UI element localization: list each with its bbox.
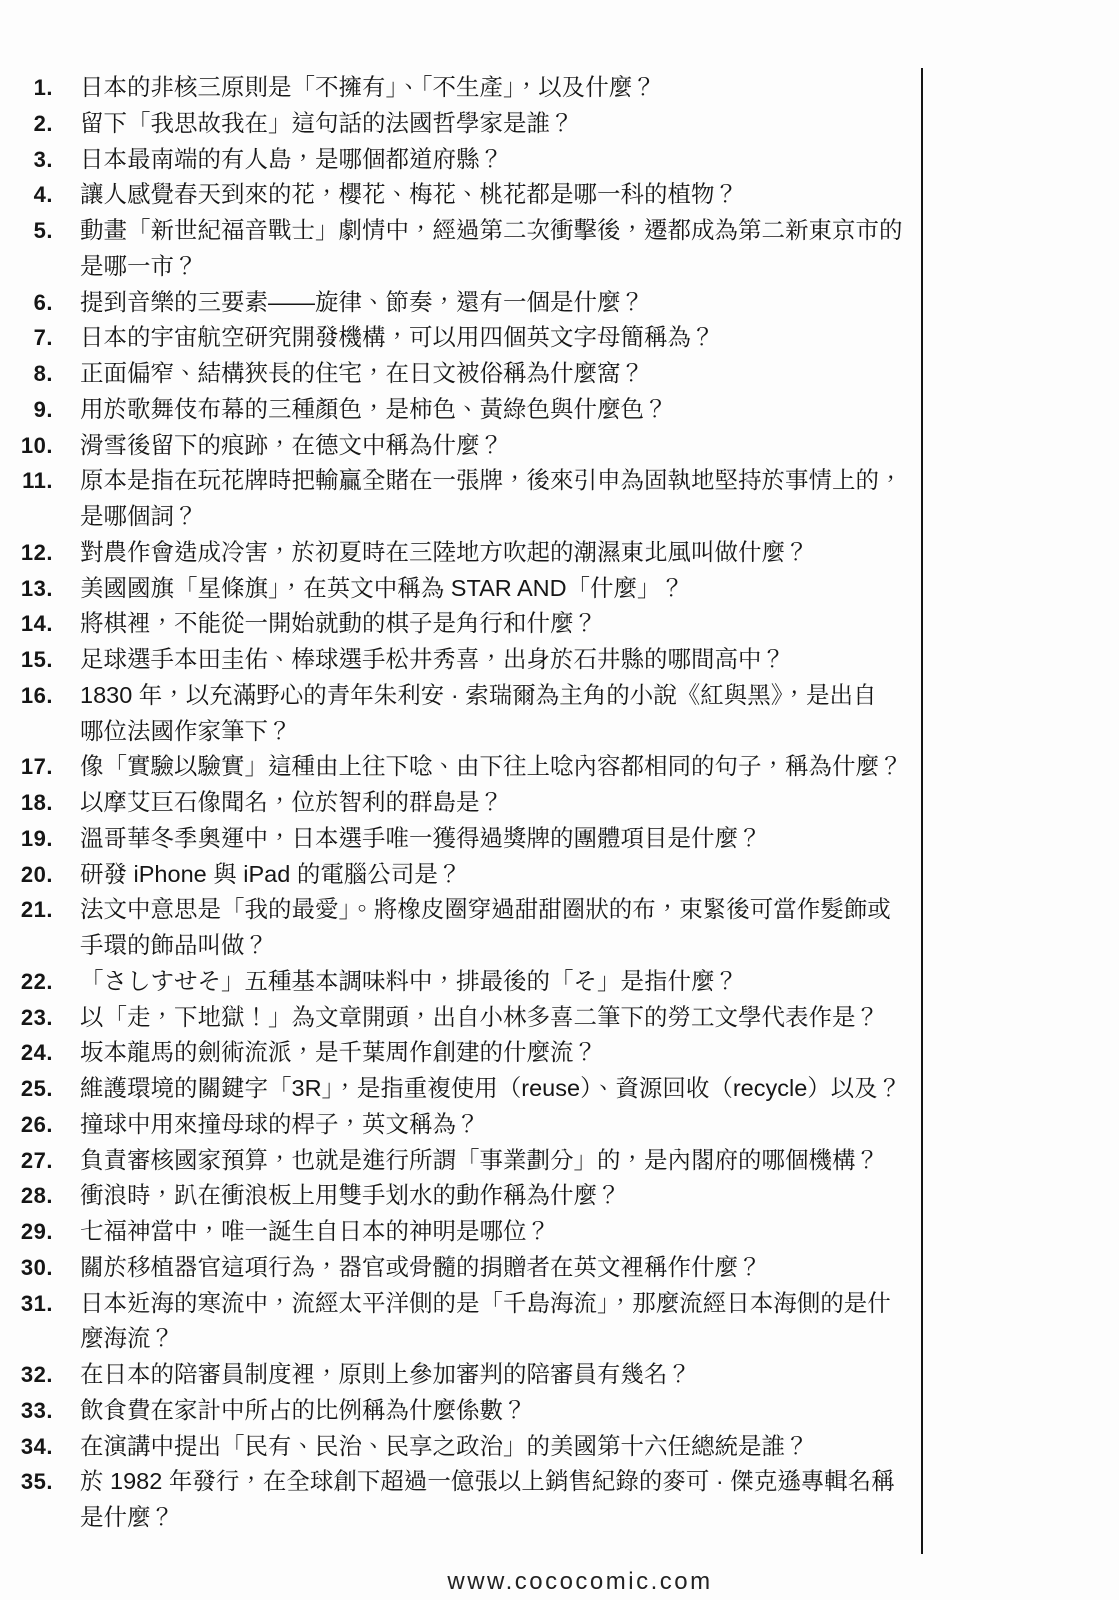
- question-text-line: 留下「我思故我在」這句話的法國哲學家是誰？: [80, 106, 574, 142]
- question-item: 34.在演講中提出「民有、民治、民享之政治」的美國第十六任總統是誰？: [0, 1429, 915, 1465]
- question-text-line: 讓人感覺春天到來的花，櫻花、梅花、桃花都是哪一科的植物？: [80, 177, 738, 213]
- question-text-line: 以「走，下地獄！」為文章開頭，出自小林多喜二筆下的勞工文學代表作是？: [80, 1000, 879, 1036]
- question-number: 26.: [0, 1107, 53, 1143]
- question-text-line: 將棋裡，不能從一開始就動的棋子是角行和什麼？: [80, 606, 597, 642]
- question-item: 4.讓人感覺春天到來的花，櫻花、梅花、桃花都是哪一科的植物？: [0, 177, 915, 213]
- question-number: 31.: [0, 1286, 53, 1322]
- question-text: 留下「我思故我在」這句話的法國哲學家是誰？: [80, 106, 574, 142]
- question-item: 10.滑雪後留下的痕跡，在德文中稱為什麼？: [0, 428, 915, 464]
- question-item: 29.七福神當中，唯一誕生自日本的神明是哪位？: [0, 1214, 915, 1250]
- question-item: 27.負責審核國家預算，也就是進行所謂「事業劃分」的，是內閣府的哪個機構？: [0, 1143, 915, 1179]
- question-text-line: 維護環境的關鍵字「3R」，是指重複使用（reuse）、資源回收（recycle）…: [80, 1071, 901, 1107]
- question-text-line: 研發 iPhone 與 iPad 的電腦公司是？: [80, 857, 461, 893]
- question-text-line: 手環的飾品叫做？: [80, 928, 891, 964]
- question-number: 11.: [0, 463, 53, 499]
- question-number: 13.: [0, 571, 53, 607]
- watermark-url: www.cococomic.com: [0, 1568, 1119, 1596]
- question-text: 像「實驗以驗實」這種由上往下唸、由下往上唸內容都相同的句子，稱為什麼？: [80, 749, 903, 785]
- question-text: 關於移植器官這項行為，器官或骨髓的捐贈者在英文裡稱作什麼？: [80, 1250, 762, 1286]
- question-text-line: 正面偏窄、結構狹長的住宅，在日文被俗稱為什麼窩？: [80, 356, 644, 392]
- question-item: 5.動畫「新世紀福音戰士」劇情中，經過第二次衝擊後，遷都成為第二新東京市的是哪一…: [0, 213, 915, 285]
- question-text: 日本最南端的有人島，是哪個都道府縣？: [80, 142, 503, 178]
- question-text: 提到音樂的三要素——旋律、節奏，還有一個是什麼？: [80, 285, 644, 321]
- question-item: 12.對農作會造成冷害，於初夏時在三陸地方吹起的潮濕東北風叫做什麼？: [0, 535, 915, 571]
- question-item: 13.美國國旗「星條旗」，在英文中稱為 STAR AND「什麼」？: [0, 571, 915, 607]
- question-text: 滑雪後留下的痕跡，在德文中稱為什麼？: [80, 428, 503, 464]
- question-number: 22.: [0, 964, 53, 1000]
- question-item: 8.正面偏窄、結構狹長的住宅，在日文被俗稱為什麼窩？: [0, 356, 915, 392]
- question-number: 35.: [0, 1464, 53, 1500]
- question-item: 7.日本的宇宙航空研究開發機構，可以用四個英文字母簡稱為？: [0, 320, 915, 356]
- question-text-line: 是哪個詞？: [80, 499, 903, 535]
- question-item: 9.用於歌舞伎布幕的三種顏色，是柿色、黃綠色與什麼色？: [0, 392, 915, 428]
- question-text-line: 在演講中提出「民有、民治、民享之政治」的美國第十六任總統是誰？: [80, 1429, 809, 1465]
- question-text-line: 像「實驗以驗實」這種由上往下唸、由下往上唸內容都相同的句子，稱為什麼？: [80, 749, 903, 785]
- question-number: 2.: [0, 106, 53, 142]
- question-text-line: 關於移植器官這項行為，器官或骨髓的捐贈者在英文裡稱作什麼？: [80, 1250, 762, 1286]
- question-text-line: 對農作會造成冷害，於初夏時在三陸地方吹起的潮濕東北風叫做什麼？: [80, 535, 809, 571]
- question-number: 16.: [0, 678, 53, 714]
- question-text-line: 在日本的陪審員制度裡，原則上參加審判的陪審員有幾名？: [80, 1357, 691, 1393]
- question-text: 以「走，下地獄！」為文章開頭，出自小林多喜二筆下的勞工文學代表作是？: [80, 1000, 879, 1036]
- question-number: 21.: [0, 892, 53, 928]
- question-text-line: 日本的宇宙航空研究開發機構，可以用四個英文字母簡稱為？: [80, 320, 715, 356]
- question-text: 1830 年，以充滿野心的青年朱利安 · 索瑞爾為主角的小說《紅與黑》，是出自哪…: [80, 678, 876, 750]
- question-number: 4.: [0, 177, 53, 213]
- question-number: 5.: [0, 213, 53, 249]
- question-text-line: 動畫「新世紀福音戰士」劇情中，經過第二次衝擊後，遷都成為第二新東京市的: [80, 213, 903, 249]
- question-text-line: 滑雪後留下的痕跡，在德文中稱為什麼？: [80, 428, 503, 464]
- question-text-line: 七福神當中，唯一誕生自日本的神明是哪位？: [80, 1214, 550, 1250]
- question-text: 「さしすせそ」五種基本調味料中，排最後的「そ」是指什麼？: [80, 964, 738, 1000]
- question-text-line: 哪位法國作家筆下？: [80, 714, 876, 750]
- question-list: 1.日本的非核三原則是「不擁有」、「不生產」，以及什麼？2.留下「我思故我在」這…: [0, 70, 915, 1536]
- question-text: 對農作會造成冷害，於初夏時在三陸地方吹起的潮濕東北風叫做什麼？: [80, 535, 809, 571]
- question-number: 27.: [0, 1143, 53, 1179]
- question-number: 14.: [0, 606, 53, 642]
- question-text-line: 坂本龍馬的劍術流派，是千葉周作創建的什麼流？: [80, 1035, 597, 1071]
- question-text: 在演講中提出「民有、民治、民享之政治」的美國第十六任總統是誰？: [80, 1429, 809, 1465]
- question-item: 22.「さしすせそ」五種基本調味料中，排最後的「そ」是指什麼？: [0, 964, 915, 1000]
- question-number: 34.: [0, 1429, 53, 1465]
- question-item: 17.像「實驗以驗實」這種由上往下唸、由下往上唸內容都相同的句子，稱為什麼？: [0, 749, 915, 785]
- question-number: 32.: [0, 1357, 53, 1393]
- question-number: 10.: [0, 428, 53, 464]
- question-text: 日本的宇宙航空研究開發機構，可以用四個英文字母簡稱為？: [80, 320, 715, 356]
- question-item: 30.關於移植器官這項行為，器官或骨髓的捐贈者在英文裡稱作什麼？: [0, 1250, 915, 1286]
- question-text-line: 日本最南端的有人島，是哪個都道府縣？: [80, 142, 503, 178]
- question-item: 24.坂本龍馬的劍術流派，是千葉周作創建的什麼流？: [0, 1035, 915, 1071]
- question-number: 7.: [0, 320, 53, 356]
- question-item: 32.在日本的陪審員制度裡，原則上參加審判的陪審員有幾名？: [0, 1357, 915, 1393]
- question-item: 3.日本最南端的有人島，是哪個都道府縣？: [0, 142, 915, 178]
- question-text-line: 溫哥華冬季奧運中，日本選手唯一獲得過獎牌的團體項目是什麼？: [80, 821, 762, 857]
- question-number: 30.: [0, 1250, 53, 1286]
- question-text: 日本的非核三原則是「不擁有」、「不生產」，以及什麼？: [80, 70, 656, 106]
- question-item: 35.於 1982 年發行，在全球創下超過一億張以上銷售紀錄的麥可 · 傑克遜專…: [0, 1464, 915, 1536]
- question-item: 28.衝浪時，趴在衝浪板上用雙手划水的動作稱為什麼？: [0, 1178, 915, 1214]
- question-text: 飲食費在家計中所占的比例稱為什麼係數？: [80, 1393, 527, 1429]
- question-text-line: 提到音樂的三要素——旋律、節奏，還有一個是什麼？: [80, 285, 644, 321]
- question-text-line: 負責審核國家預算，也就是進行所謂「事業劃分」的，是內閣府的哪個機構？: [80, 1143, 879, 1179]
- question-number: 28.: [0, 1178, 53, 1214]
- question-item: 33.飲食費在家計中所占的比例稱為什麼係數？: [0, 1393, 915, 1429]
- question-text: 用於歌舞伎布幕的三種顏色，是柿色、黃綠色與什麼色？: [80, 392, 668, 428]
- question-item: 16.1830 年，以充滿野心的青年朱利安 · 索瑞爾為主角的小說《紅與黑》，是…: [0, 678, 915, 750]
- question-text: 衝浪時，趴在衝浪板上用雙手划水的動作稱為什麼？: [80, 1178, 621, 1214]
- question-number: 29.: [0, 1214, 53, 1250]
- question-item: 11.原本是指在玩花牌時把輸贏全賭在一張牌，後來引申為固執地堅持於事情上的，是哪…: [0, 463, 915, 535]
- question-number: 9.: [0, 392, 53, 428]
- question-text-line: 衝浪時，趴在衝浪板上用雙手划水的動作稱為什麼？: [80, 1178, 621, 1214]
- question-text-line: 日本的非核三原則是「不擁有」、「不生產」，以及什麼？: [80, 70, 656, 106]
- question-text: 以摩艾巨石像聞名，位於智利的群島是？: [80, 785, 503, 821]
- question-item: 26.撞球中用來撞母球的桿子，英文稱為？: [0, 1107, 915, 1143]
- question-text: 維護環境的關鍵字「3R」，是指重複使用（reuse）、資源回收（recycle）…: [80, 1071, 901, 1107]
- question-number: 1.: [0, 70, 53, 106]
- question-text: 美國國旗「星條旗」，在英文中稱為 STAR AND「什麼」？: [80, 571, 684, 607]
- question-number: 25.: [0, 1071, 53, 1107]
- question-number: 8.: [0, 356, 53, 392]
- question-text: 日本近海的寒流中，流經太平洋側的是「千島海流」，那麼流經日本海側的是什麼海流？: [80, 1286, 891, 1358]
- question-number: 23.: [0, 1000, 53, 1036]
- question-item: 25.維護環境的關鍵字「3R」，是指重複使用（reuse）、資源回收（recyc…: [0, 1071, 915, 1107]
- question-text: 在日本的陪審員制度裡，原則上參加審判的陪審員有幾名？: [80, 1357, 691, 1393]
- question-item: 1.日本的非核三原則是「不擁有」、「不生產」，以及什麼？: [0, 70, 915, 106]
- question-text: 將棋裡，不能從一開始就動的棋子是角行和什麼？: [80, 606, 597, 642]
- question-text-line: 足球選手本田圭佑、棒球選手松井秀喜，出身於石井縣的哪間高中？: [80, 642, 785, 678]
- question-item: 31.日本近海的寒流中，流經太平洋側的是「千島海流」，那麼流經日本海側的是什麼海…: [0, 1286, 915, 1358]
- question-text: 撞球中用來撞母球的桿子，英文稱為？: [80, 1107, 480, 1143]
- question-text-line: 是什麼？: [80, 1500, 895, 1536]
- question-item: 6.提到音樂的三要素——旋律、節奏，還有一個是什麼？: [0, 285, 915, 321]
- question-item: 2.留下「我思故我在」這句話的法國哲學家是誰？: [0, 106, 915, 142]
- page-divider-line: [921, 68, 923, 1554]
- question-text-line: 於 1982 年發行，在全球創下超過一億張以上銷售紀錄的麥可 · 傑克遜專輯名稱: [80, 1464, 895, 1500]
- question-text: 法文中意思是「我的最愛」。將橡皮圈穿過甜甜圈狀的布，束緊後可當作髮飾或手環的飾品…: [80, 892, 891, 964]
- question-item: 15.足球選手本田圭佑、棒球選手松井秀喜，出身於石井縣的哪間高中？: [0, 642, 915, 678]
- question-text-line: 法文中意思是「我的最愛」。將橡皮圈穿過甜甜圈狀的布，束緊後可當作髮飾或: [80, 892, 891, 928]
- question-number: 18.: [0, 785, 53, 821]
- question-text: 負責審核國家預算，也就是進行所謂「事業劃分」的，是內閣府的哪個機構？: [80, 1143, 879, 1179]
- question-item: 19.溫哥華冬季奧運中，日本選手唯一獲得過獎牌的團體項目是什麼？: [0, 821, 915, 857]
- question-number: 3.: [0, 142, 53, 178]
- question-text-line: 以摩艾巨石像聞名，位於智利的群島是？: [80, 785, 503, 821]
- question-number: 17.: [0, 749, 53, 785]
- question-number: 6.: [0, 285, 53, 321]
- question-text-line: 麼海流？: [80, 1321, 891, 1357]
- quiz-page: 1.日本的非核三原則是「不擁有」、「不生產」，以及什麼？2.留下「我思故我在」這…: [0, 0, 1119, 1600]
- question-number: 20.: [0, 857, 53, 893]
- question-text-line: 撞球中用來撞母球的桿子，英文稱為？: [80, 1107, 480, 1143]
- question-item: 23.以「走，下地獄！」為文章開頭，出自小林多喜二筆下的勞工文學代表作是？: [0, 1000, 915, 1036]
- question-text: 研發 iPhone 與 iPad 的電腦公司是？: [80, 857, 461, 893]
- question-text: 讓人感覺春天到來的花，櫻花、梅花、桃花都是哪一科的植物？: [80, 177, 738, 213]
- question-text: 動畫「新世紀福音戰士」劇情中，經過第二次衝擊後，遷都成為第二新東京市的是哪一市？: [80, 213, 903, 285]
- question-text-line: 是哪一市？: [80, 249, 903, 285]
- question-number: 24.: [0, 1035, 53, 1071]
- question-text-line: 用於歌舞伎布幕的三種顏色，是柿色、黃綠色與什麼色？: [80, 392, 668, 428]
- question-text: 足球選手本田圭佑、棒球選手松井秀喜，出身於石井縣的哪間高中？: [80, 642, 785, 678]
- question-text: 溫哥華冬季奧運中，日本選手唯一獲得過獎牌的團體項目是什麼？: [80, 821, 762, 857]
- question-text-line: 日本近海的寒流中，流經太平洋側的是「千島海流」，那麼流經日本海側的是什: [80, 1286, 891, 1322]
- question-text-line: 美國國旗「星條旗」，在英文中稱為 STAR AND「什麼」？: [80, 571, 684, 607]
- question-number: 19.: [0, 821, 53, 857]
- question-text: 七福神當中，唯一誕生自日本的神明是哪位？: [80, 1214, 550, 1250]
- question-item: 14.將棋裡，不能從一開始就動的棋子是角行和什麼？: [0, 606, 915, 642]
- question-item: 20.研發 iPhone 與 iPad 的電腦公司是？: [0, 857, 915, 893]
- question-text-line: 原本是指在玩花牌時把輸贏全賭在一張牌，後來引申為固執地堅持於事情上的，: [80, 463, 903, 499]
- question-text: 於 1982 年發行，在全球創下超過一億張以上銷售紀錄的麥可 · 傑克遜專輯名稱…: [80, 1464, 895, 1536]
- question-number: 12.: [0, 535, 53, 571]
- question-number: 15.: [0, 642, 53, 678]
- question-text: 正面偏窄、結構狹長的住宅，在日文被俗稱為什麼窩？: [80, 356, 644, 392]
- question-item: 21.法文中意思是「我的最愛」。將橡皮圈穿過甜甜圈狀的布，束緊後可當作髮飾或手環…: [0, 892, 915, 964]
- question-number: 33.: [0, 1393, 53, 1429]
- question-text-line: 飲食費在家計中所占的比例稱為什麼係數？: [80, 1393, 527, 1429]
- question-text: 坂本龍馬的劍術流派，是千葉周作創建的什麼流？: [80, 1035, 597, 1071]
- question-text: 原本是指在玩花牌時把輸贏全賭在一張牌，後來引申為固執地堅持於事情上的，是哪個詞？: [80, 463, 903, 535]
- question-text-line: 1830 年，以充滿野心的青年朱利安 · 索瑞爾為主角的小說《紅與黑》，是出自: [80, 678, 876, 714]
- question-text-line: 「さしすせそ」五種基本調味料中，排最後的「そ」是指什麼？: [80, 964, 738, 1000]
- question-item: 18.以摩艾巨石像聞名，位於智利的群島是？: [0, 785, 915, 821]
